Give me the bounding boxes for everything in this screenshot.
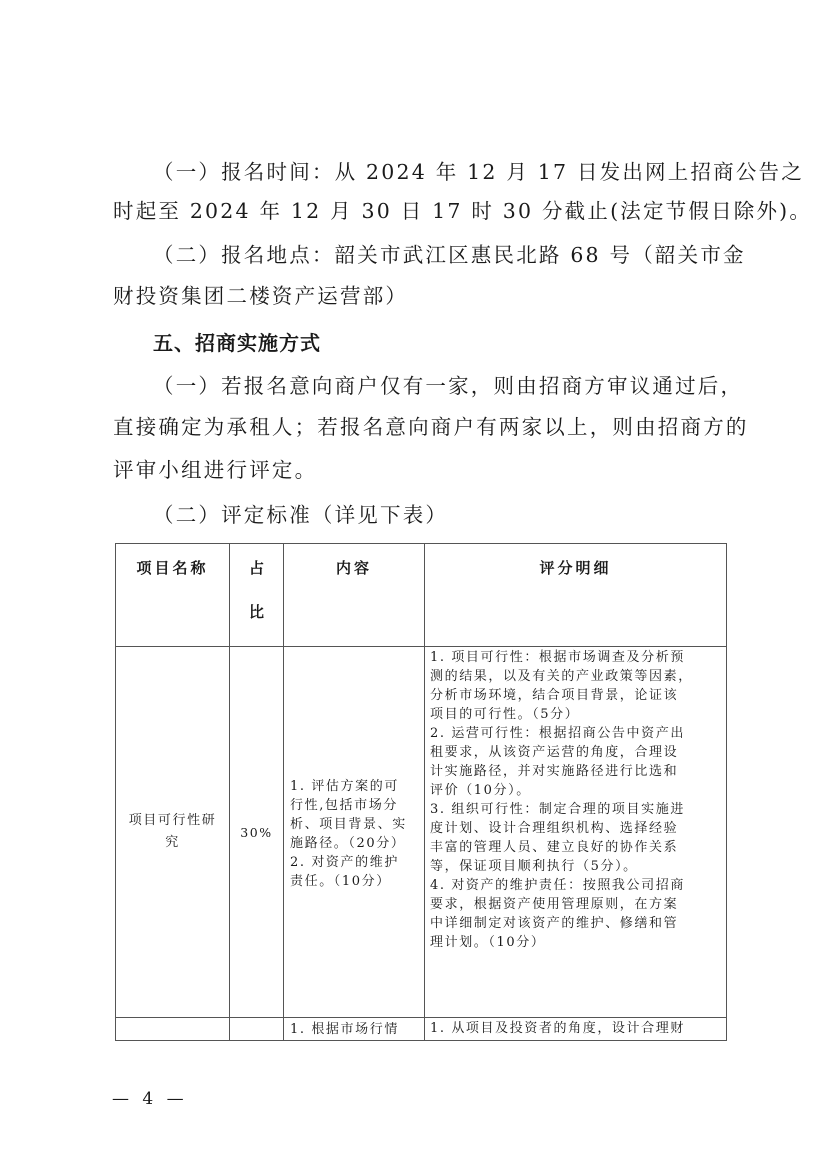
paragraph-single-applicant-cont: 直接确定为承租人；若报名意向商户有两家以上，则由招商方的: [113, 409, 725, 445]
cell-score-detail: 1. 项目可行性：根据市场调查及分析预 测的结果，以及有关的产业政策等因素， 分…: [425, 647, 727, 1018]
cell-project-name: 项目可行性研究: [116, 647, 230, 1018]
paragraph-single-applicant-cont2: 评审小组进行评定。: [113, 452, 725, 488]
header-ratio: 占比: [230, 544, 284, 647]
paragraph-registration-time-cont: 时起至 2024 年 12 月 30 日 17 时 30 分截止(法定节假日除外…: [113, 193, 725, 229]
cell-content: 1. 根据市场行情: [284, 1018, 425, 1041]
cell-content: 1. 评估方案的可 行性,包括市场分 析、项目背景、实 施路径。（20分） 2.…: [284, 647, 425, 1018]
page-number: — 4 —: [112, 1089, 188, 1109]
paragraph-registration-location-cont: 财投资集团二楼资产运营部）: [113, 278, 725, 314]
paragraph-registration-location: （二）报名地点：韶关市武江区惠民北路 68 号（韶关市金: [153, 237, 765, 273]
paragraph-registration-time: （一）报名时间：从 2024 年 12 月 17 日发出网上招商公告之: [153, 154, 765, 190]
cell-project-name: [116, 1018, 230, 1041]
paragraph-single-applicant: （一）若报名意向商户仅有一家，则由招商方审议通过后，: [153, 368, 765, 404]
paragraph-evaluation-criteria: （二）评定标准（详见下表）: [153, 497, 765, 533]
document-page: （一）报名时间：从 2024 年 12 月 17 日发出网上招商公告之 时起至 …: [0, 0, 827, 1170]
table-header-row: 项目名称 占比 内容 评分明细: [116, 544, 727, 647]
cell-ratio: [230, 1018, 284, 1041]
evaluation-table: 项目名称 占比 内容 评分明细 项目可行性研究 30% 1. 评估方案的可 行性…: [115, 543, 727, 1041]
table-row: 1. 根据市场行情 1. 从项目及投资者的角度，设计合理财: [116, 1018, 727, 1041]
cell-ratio: 30%: [230, 647, 284, 1018]
header-score-detail: 评分明细: [425, 544, 727, 647]
cell-score-detail: 1. 从项目及投资者的角度，设计合理财: [425, 1018, 727, 1041]
header-project-name: 项目名称: [116, 544, 230, 647]
table-row: 项目可行性研究 30% 1. 评估方案的可 行性,包括市场分 析、项目背景、实 …: [116, 647, 727, 1018]
section-heading: 五、招商实施方式: [153, 327, 321, 356]
header-content: 内容: [284, 544, 425, 647]
